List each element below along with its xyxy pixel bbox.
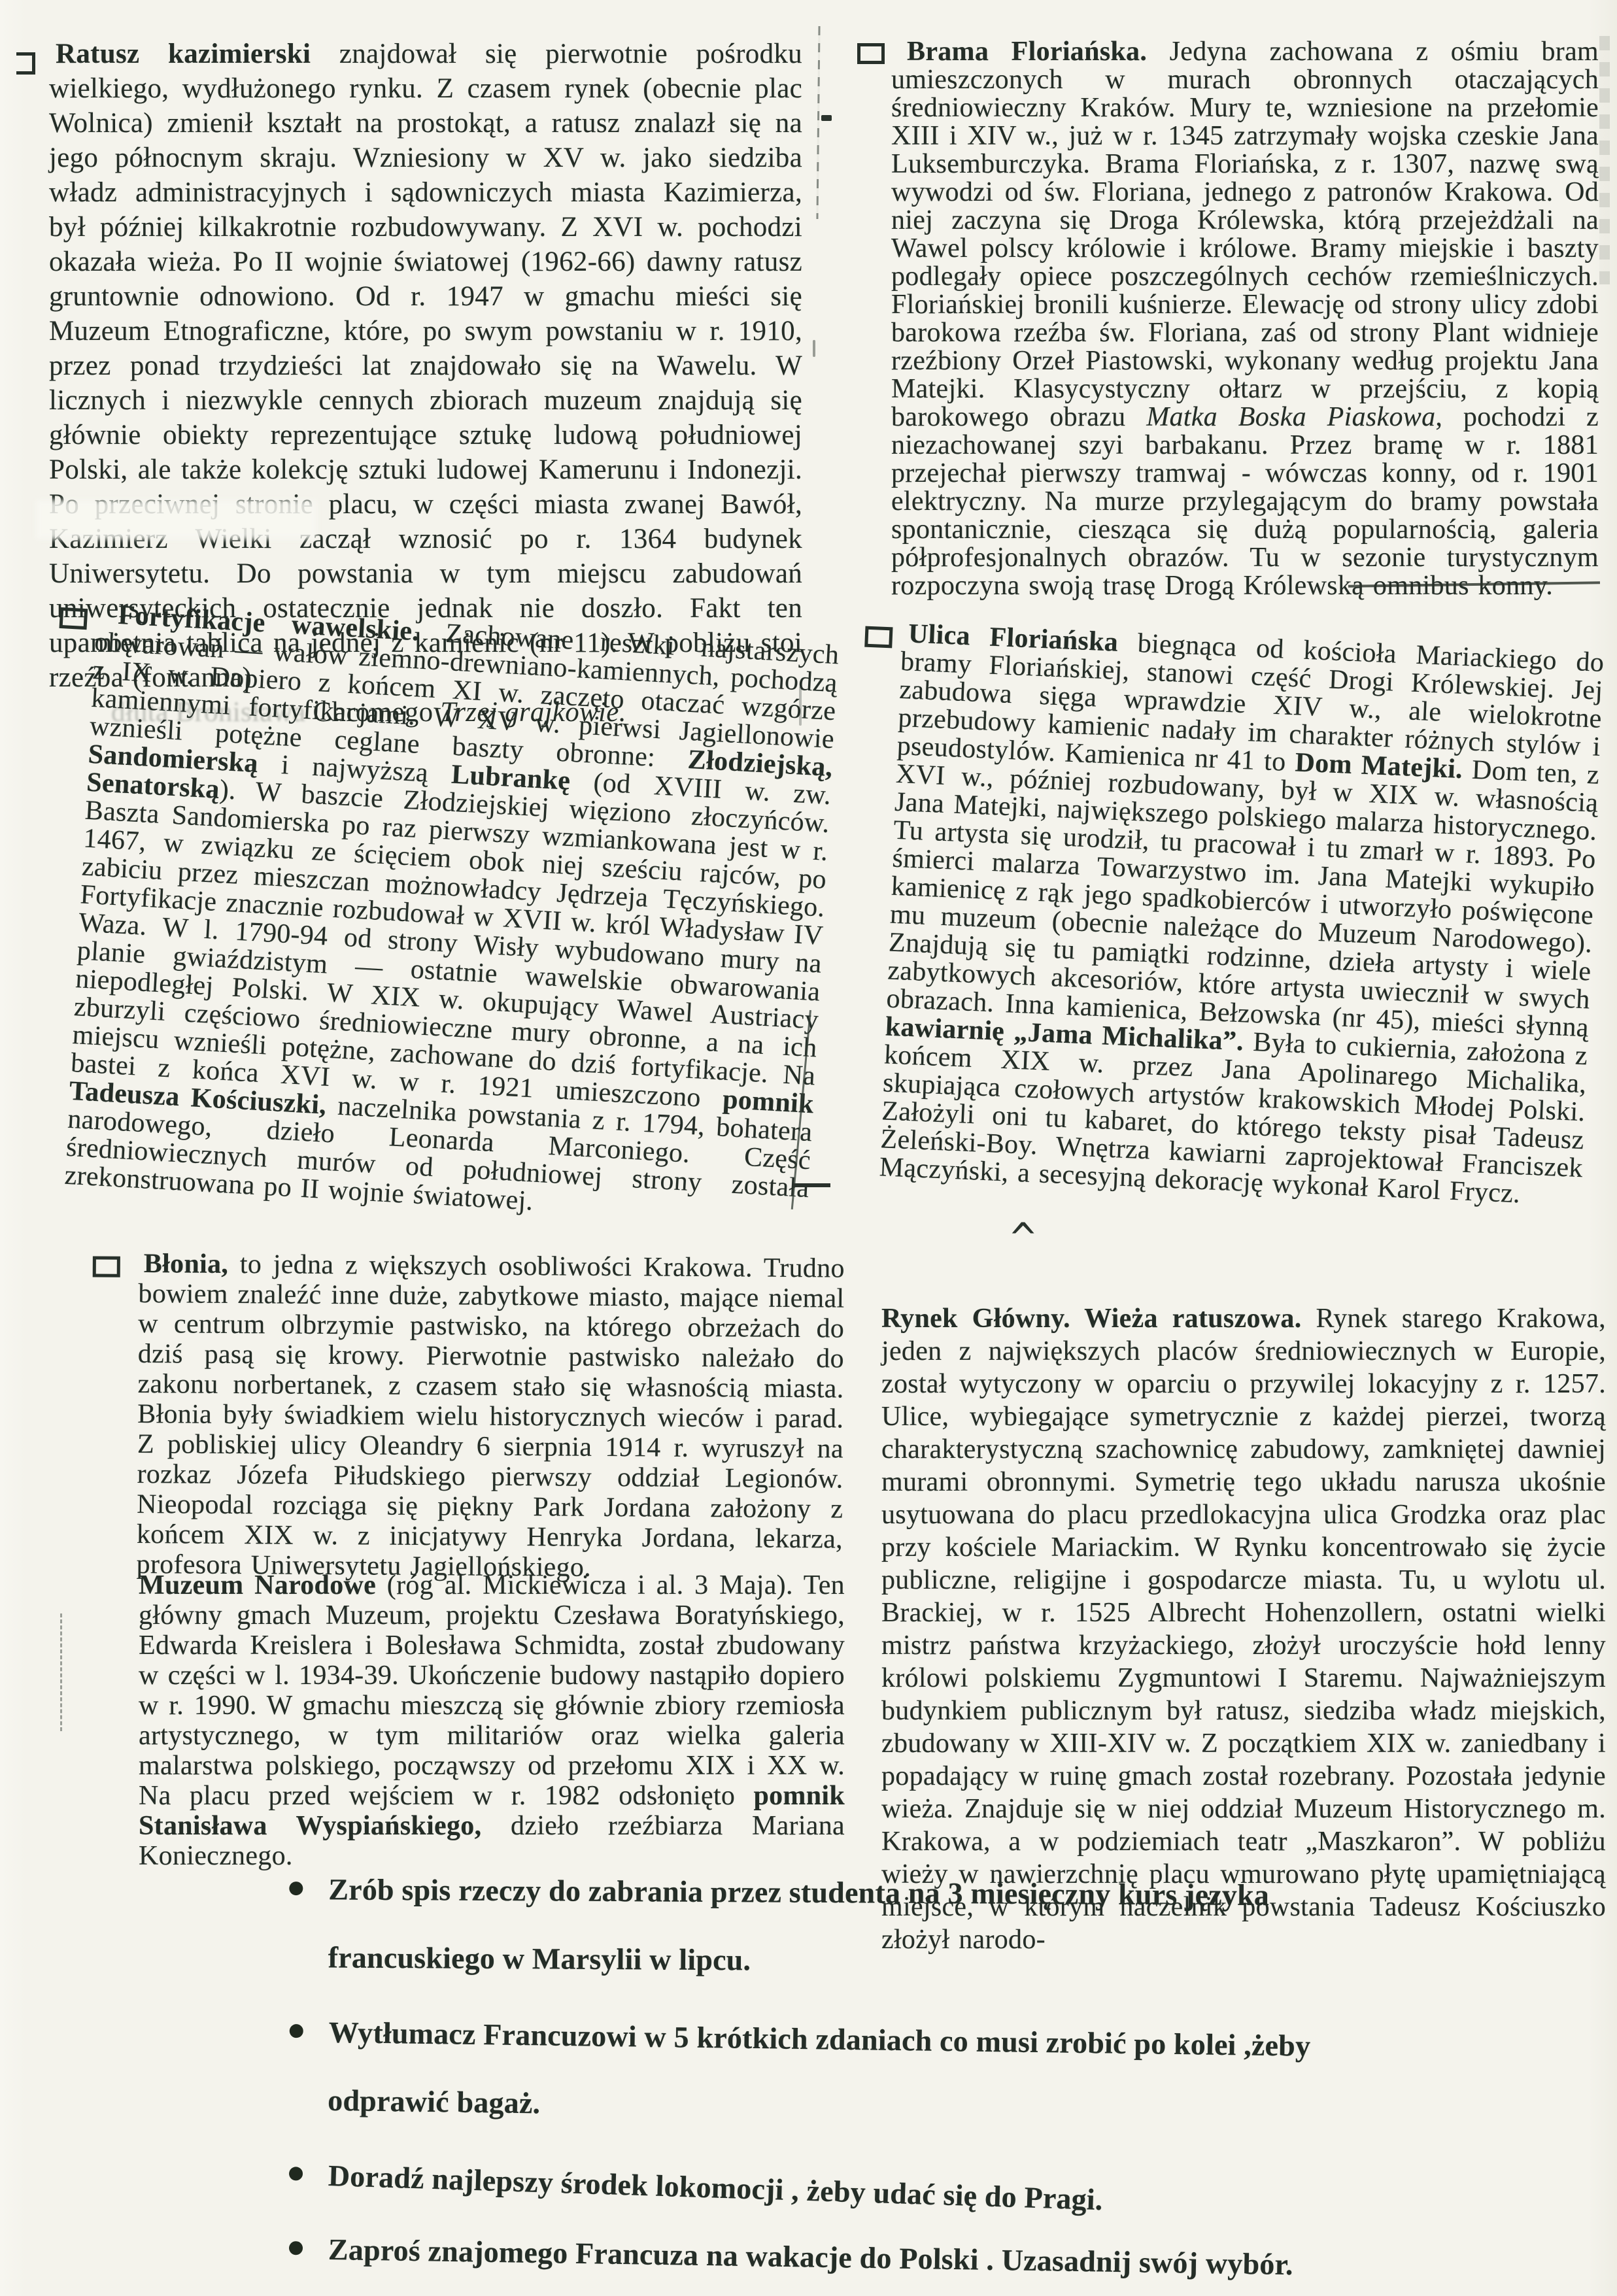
caret-mark-icon: ^ xyxy=(1008,1214,1038,1261)
section-brama-florianska: Brama Floriańska. Jedyna zachowana z ośm… xyxy=(891,38,1599,600)
scan-speck xyxy=(799,686,802,726)
whiteout-smudge xyxy=(36,500,317,539)
scan-edge-noise xyxy=(1599,36,1610,284)
paragraph-muzeum: Muzeum Narodowe (róg al. Mickiewicza i a… xyxy=(139,1570,845,1871)
task-list: Zrób spis rzeczy do zabrania przez stude… xyxy=(288,1855,1438,2289)
section-heading: Ratusz kazimierski xyxy=(56,39,311,69)
section-text: znajdował się pierwotnie pośrodku wielki… xyxy=(49,39,802,693)
scan-gutter-line xyxy=(816,26,820,219)
section-text: ). W baszcie Złodziejskiej więziono złoc… xyxy=(70,775,830,1115)
scan-speck xyxy=(821,115,832,121)
checkbox-icon xyxy=(60,607,88,630)
bullet-icon xyxy=(289,1882,303,1895)
task-text: Wytłumacz Francuzowi w 5 krótkich zdania… xyxy=(328,2016,1311,2120)
scan-speck xyxy=(813,340,815,357)
section-heading: Brama Floriańska. xyxy=(907,37,1147,67)
section-text: to jedna z większych osobliwości Krakowa… xyxy=(136,1249,845,1583)
section-muzeum-narodowe: Muzeum Narodowe (róg al. Mickiewicza i a… xyxy=(139,1570,845,1871)
checkbox-icon xyxy=(93,1257,120,1277)
section-text: Była to cukiernia, założona z końcem XIX… xyxy=(879,1026,1588,1209)
section-text: Jedyna zachowana z ośmiu bram umieszczon… xyxy=(891,37,1599,432)
paragraph-ratusz: Ratusz kazimierski znajdował się pierwot… xyxy=(49,37,802,695)
section-text: (róg al. Mickiewicza i al. 3 Maja). Ten … xyxy=(139,1570,845,1811)
checkbox-icon xyxy=(857,43,885,64)
section-heading: Muzeum Narodowe xyxy=(139,1570,376,1600)
paragraph-ulica: Ulica Floriańska biegnąca od kościoła Ma… xyxy=(879,620,1605,1211)
task-text: Doradź najlepszy środek lokomocji , żeby… xyxy=(328,2159,1103,2216)
list-item: Zrób spis rzeczy do zabrania przez stude… xyxy=(287,1855,1438,1999)
checkbox-icon xyxy=(16,52,35,75)
paragraph-brama: Brama Floriańska. Jedyna zachowana z ośm… xyxy=(891,38,1599,600)
section-fortyfikacje-wawelskie: Fortyfikacje wawelskie. Zachowane resztk… xyxy=(64,600,840,1231)
task-text: Zrób spis rzeczy do zabrania przez stude… xyxy=(328,1872,1270,1976)
bullet-icon xyxy=(289,2241,303,2255)
paragraph-blonia: Błonia, to jedna z większych osobliwości… xyxy=(136,1249,845,1585)
section-text: , pochodzi z niezachowanej szyi barbakan… xyxy=(891,402,1599,601)
scan-margin-dots xyxy=(60,1613,62,1731)
italic-title-text: Matka Boska Piaskowa xyxy=(1146,402,1435,432)
checkbox-icon xyxy=(864,626,893,649)
bullet-icon xyxy=(290,2024,303,2038)
list-item: Wytłumacz Francuzowi w 5 krótkich zdania… xyxy=(287,1998,1440,2150)
section-blonia: Błonia, to jedna z większych osobliwości… xyxy=(136,1249,845,1585)
section-ulica-florianska: Ulica Floriańska biegnąca od kościoła Ma… xyxy=(879,620,1605,1211)
paragraph-fortyfikacje: Fortyfikacje wawelskie. Zachowane resztk… xyxy=(64,600,840,1231)
section-heading: Błonia, xyxy=(144,1249,229,1279)
bullet-icon xyxy=(289,2167,303,2181)
task-text: Zaproś znajomego Francuza na wakacje do … xyxy=(328,2233,1293,2281)
section-text: Dom ten, z XVI w., później rozbudowany, … xyxy=(886,754,1600,1043)
section-heading: Rynek Główny. Wieża ratuszowa. xyxy=(881,1304,1302,1334)
page: Ratusz kazimierski znajdował się pierwot… xyxy=(0,0,1617,2296)
scan-tick-line xyxy=(792,1183,830,1187)
